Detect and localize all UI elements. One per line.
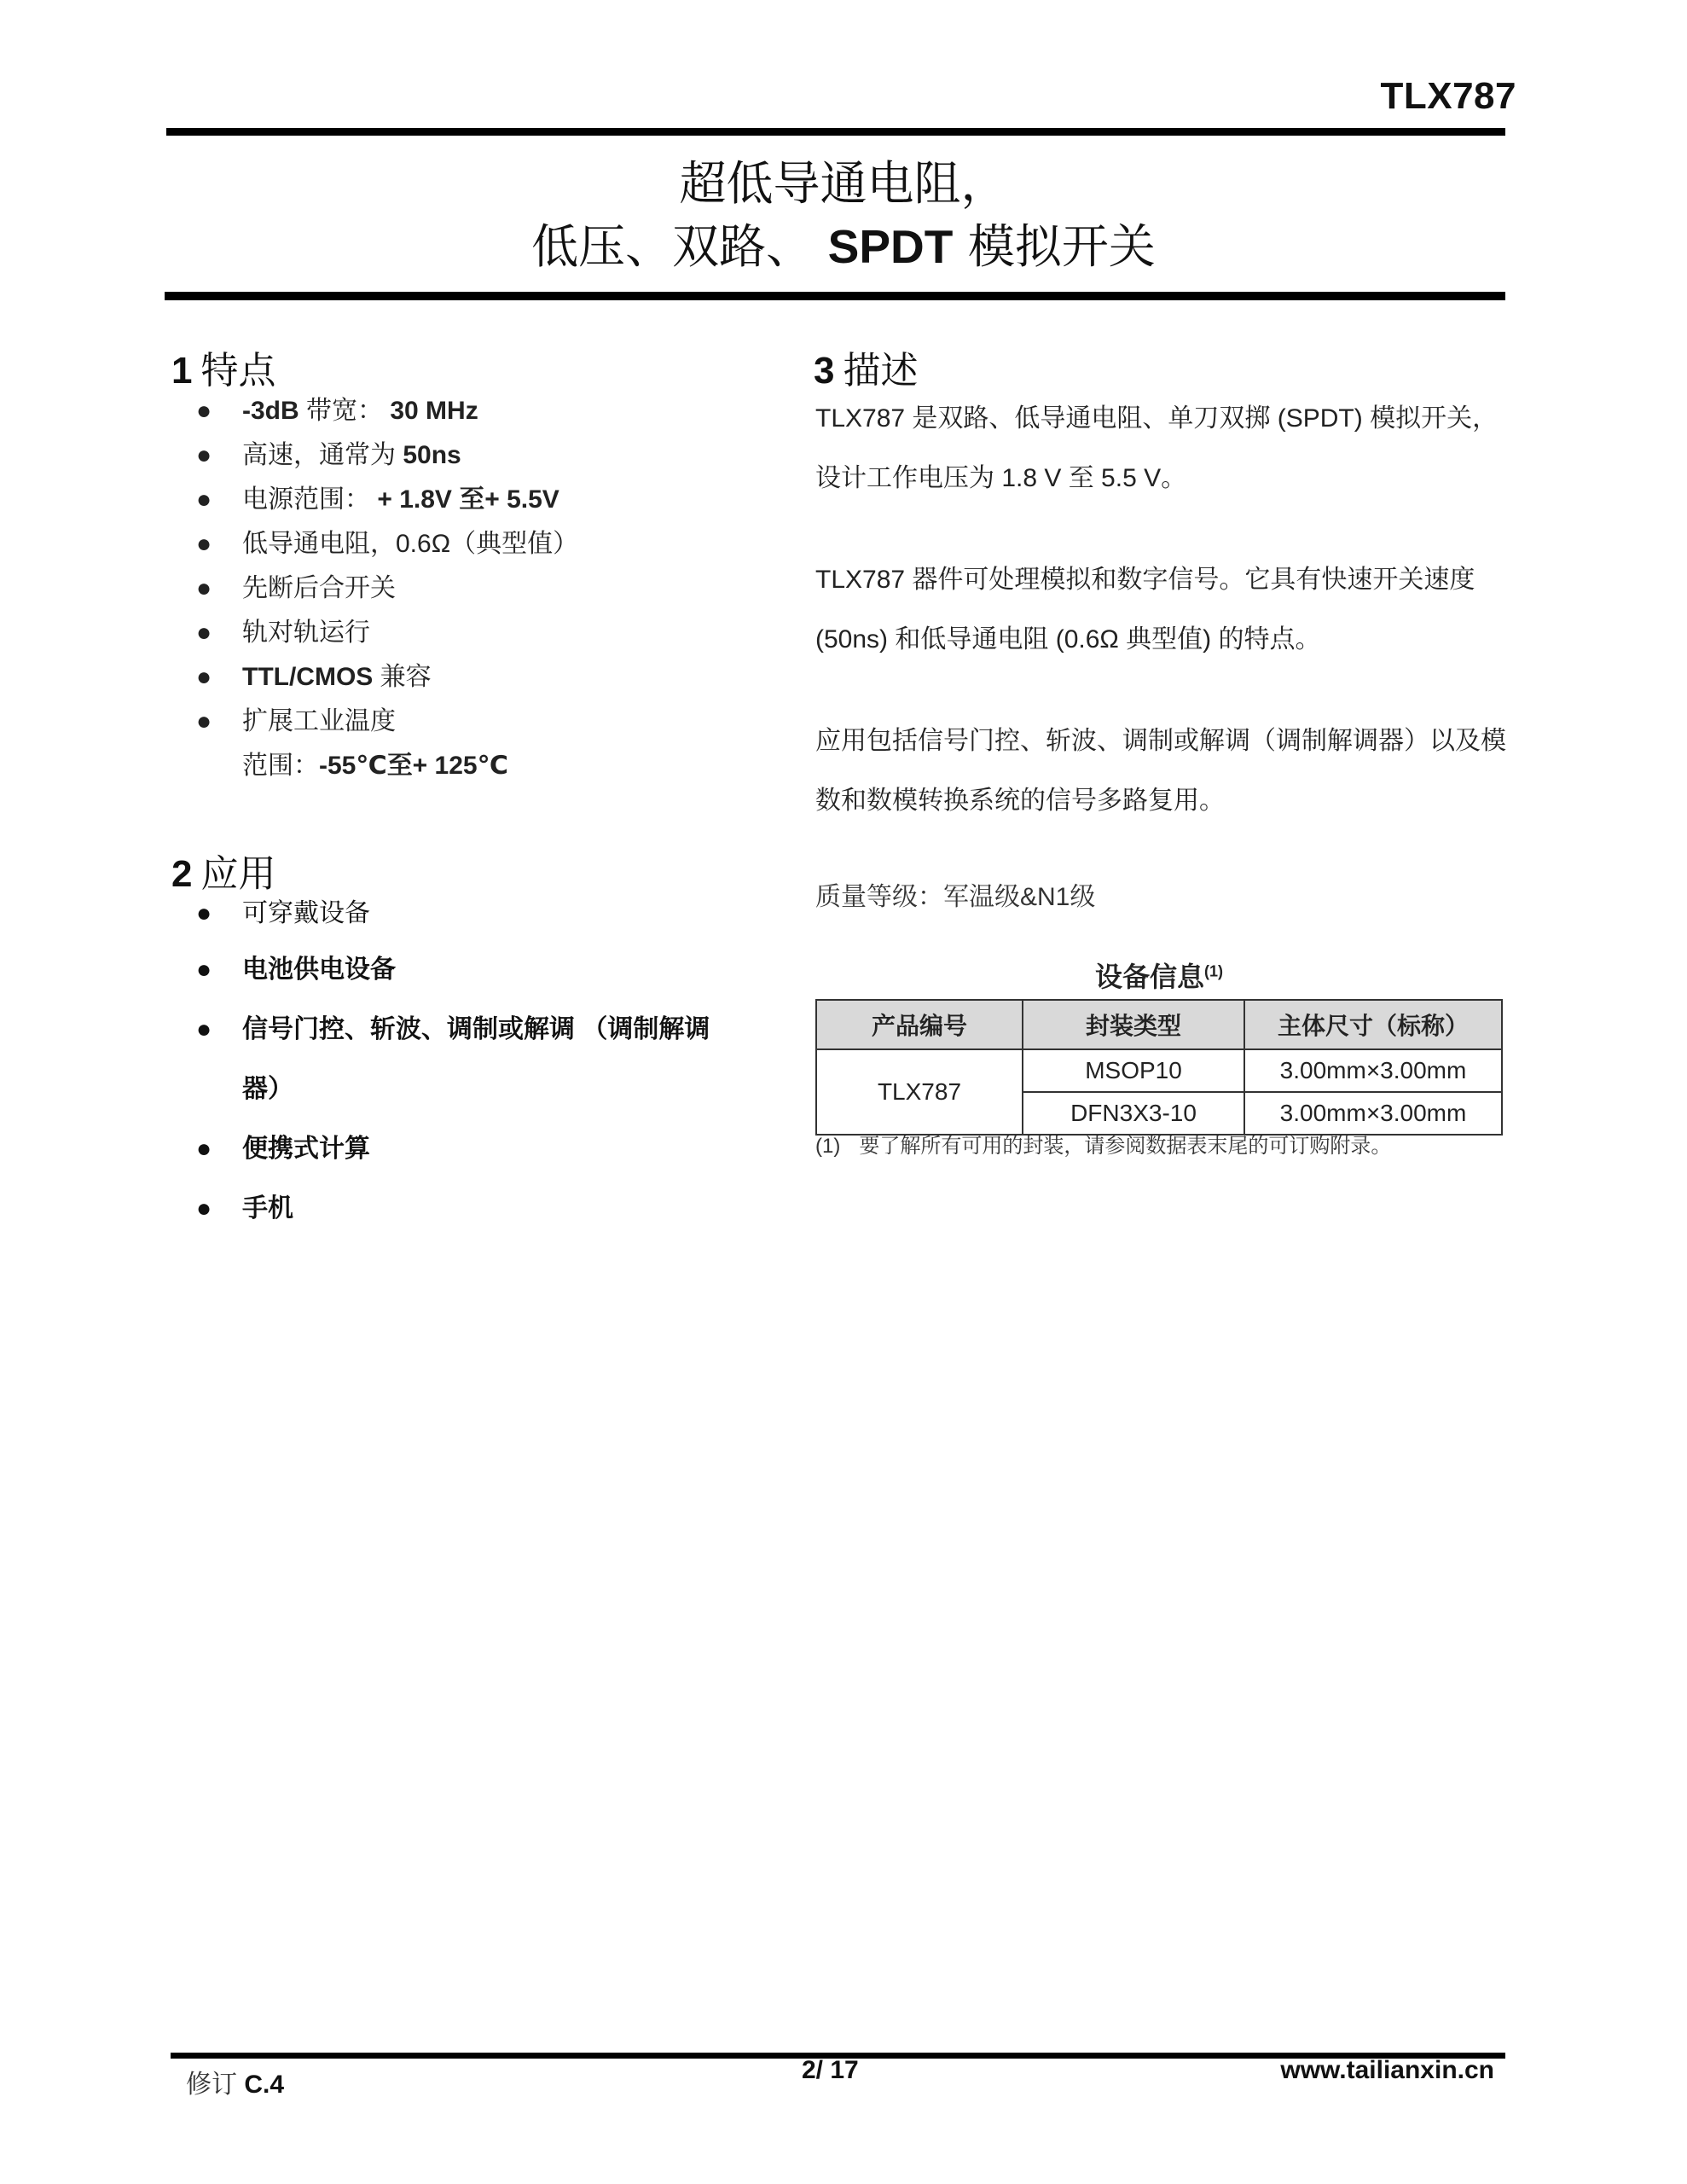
list-item: ●扩展工业温度 bbox=[193, 700, 739, 744]
section-number: 1 bbox=[171, 350, 192, 392]
list-item: ●电源范围： + 1.8V 至+ 5.5V bbox=[193, 478, 739, 522]
quality-grade: 质量等级：军温级&N1级 bbox=[815, 875, 1095, 913]
website-link[interactable]: www.tailianxin.cn bbox=[1280, 2056, 1494, 2085]
part-number-cell: TLX787 bbox=[816, 1049, 1023, 1135]
title-suffix: 模拟开关 bbox=[968, 219, 1156, 274]
page-title-line2: 低压、双路、 SPDT 模拟开关 bbox=[0, 213, 1687, 280]
bullet-icon: ● bbox=[196, 655, 212, 700]
column-header: 封装类型 bbox=[1023, 1000, 1244, 1049]
title-bold: SPDT bbox=[828, 220, 954, 273]
title-prefix: 低压、双路、 bbox=[531, 219, 813, 274]
list-item: ●便携式计算 bbox=[193, 1119, 773, 1179]
table-header-row: 产品编号 封装类型 主体尺寸（标称） bbox=[816, 1000, 1502, 1049]
features-heading: 1特点 bbox=[171, 340, 275, 394]
size-cell: 3.00mm×3.00mm bbox=[1244, 1049, 1502, 1092]
list-item: ●高速，通常为 50ns bbox=[193, 433, 739, 478]
description-paragraph-3: 应用包括信号门控、斩波、调制或解调（调制解调器）以及模数和数模转换系统的信号多路… bbox=[815, 712, 1523, 831]
list-item-continuation: 器） bbox=[193, 1060, 773, 1119]
section-title: 描述 bbox=[843, 350, 918, 392]
list-item: ●TTL/CMOS 兼容 bbox=[193, 655, 739, 700]
bullet-icon: ● bbox=[196, 887, 212, 940]
package-cell: MSOP10 bbox=[1023, 1049, 1244, 1092]
column-header: 产品编号 bbox=[816, 1000, 1023, 1049]
bullet-icon: ● bbox=[196, 940, 212, 1000]
bullet-icon: ● bbox=[196, 566, 212, 611]
title-rule bbox=[165, 292, 1505, 300]
section-number: 2 bbox=[171, 853, 192, 895]
section-title: 特点 bbox=[200, 350, 275, 392]
applications-list: ●可穿戴设备 ●电池供电设备 ●信号门控、斩波、调制或解调 （调制解调 器） ●… bbox=[193, 887, 773, 1239]
bullet-icon: ● bbox=[196, 700, 212, 744]
table-footnote: (1)要了解所有可用的封装，请参阅数据表末尾的可订购附录。 bbox=[815, 1129, 1391, 1159]
bullet-icon: ● bbox=[196, 1119, 212, 1179]
list-item: ●-3dB 带宽： 30 MHz bbox=[193, 389, 739, 433]
page-title-line1: 超低导通电阻， bbox=[0, 150, 1687, 217]
bullet-icon: ● bbox=[196, 433, 212, 478]
description-paragraph-1: TLX787 是双路、低导通电阻、单刀双掷 (SPDT) 模拟开关，设计工作电压… bbox=[815, 389, 1523, 508]
list-item-continuation: 范围：-55℃至+ 125℃ bbox=[193, 744, 739, 788]
bullet-icon: ● bbox=[196, 389, 212, 433]
list-item: ●先断后合开关 bbox=[193, 566, 739, 611]
description-paragraph-2: TLX787 器件可处理模拟和数字信号。它具有快速开关速度 (50ns) 和低导… bbox=[815, 550, 1523, 670]
list-item: ●手机 bbox=[193, 1179, 773, 1239]
bullet-icon: ● bbox=[196, 1000, 212, 1060]
features-list: ●-3dB 带宽： 30 MHz ●高速，通常为 50ns ●电源范围： + 1… bbox=[193, 389, 739, 788]
device-info-table: 产品编号 封装类型 主体尺寸（标称） TLX787 MSOP10 3.00mm×… bbox=[815, 999, 1503, 1136]
list-item: ●电池供电设备 bbox=[193, 940, 773, 1000]
list-item: ●可穿戴设备 bbox=[193, 887, 773, 940]
list-item: ●轨对轨运行 bbox=[193, 611, 739, 655]
bullet-icon: ● bbox=[196, 611, 212, 655]
section-number: 3 bbox=[814, 350, 834, 392]
device-info-title: 设备信息(1) bbox=[815, 955, 1503, 995]
description-heading: 3描述 bbox=[814, 340, 918, 394]
list-item: ●低导通电阻，0.6Ω（典型值） bbox=[193, 522, 739, 566]
page-number: 2/ 17 bbox=[802, 2056, 859, 2085]
column-header: 主体尺寸（标称） bbox=[1244, 1000, 1502, 1049]
part-number: TLX787 bbox=[1380, 75, 1516, 118]
bullet-icon: ● bbox=[196, 478, 212, 522]
header-rule bbox=[166, 128, 1505, 136]
list-item: ●信号门控、斩波、调制或解调 （调制解调 bbox=[193, 1000, 773, 1060]
revision: 修订 C.4 bbox=[186, 2063, 284, 2100]
bullet-icon: ● bbox=[196, 522, 212, 566]
bullet-icon: ● bbox=[196, 1179, 212, 1239]
table-row: TLX787 MSOP10 3.00mm×3.00mm bbox=[816, 1049, 1502, 1092]
